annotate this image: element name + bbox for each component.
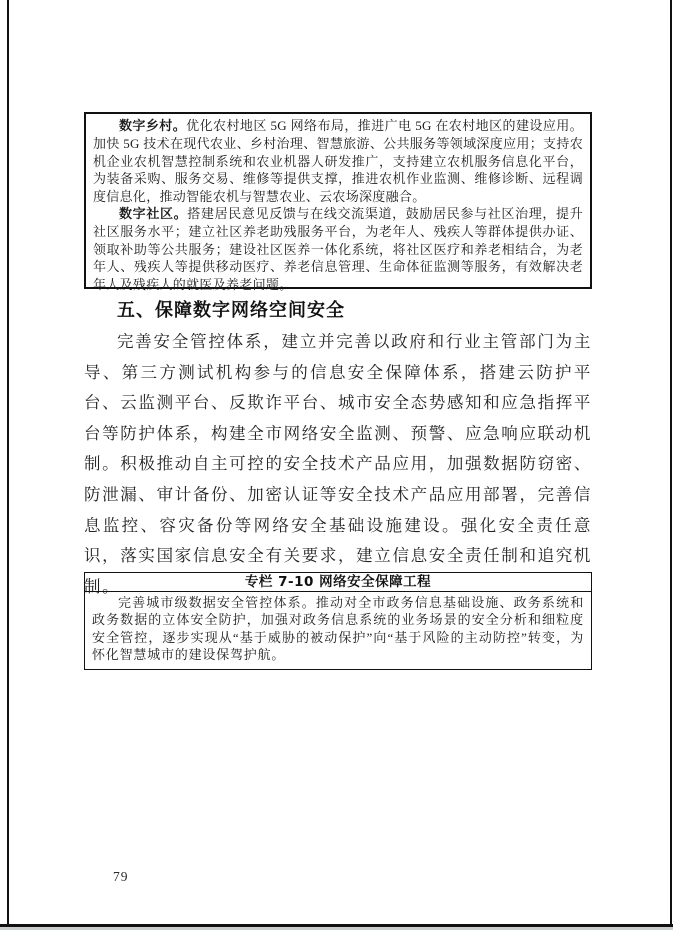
page-border-bottom-shadow — [0, 927, 673, 930]
page-number: 79 — [113, 869, 129, 885]
network-security-callout-box: 专栏 7-10 网络安全保障工程 完善城市级数据安全管控体系。推动对全市政务信息… — [84, 572, 592, 670]
callout-body: 完善城市级数据安全管控体系。推动对全市政务信息基础设施、政务系统和政务数据的立体… — [85, 592, 591, 669]
digital-village-label: 数字乡村。 — [119, 119, 186, 134]
digital-village-paragraph: 数字乡村。优化农村地区 5G 网络布局，推进广电 5G 在农村地区的建设应用。加… — [93, 117, 583, 205]
document-page: 数字乡村。优化农村地区 5G 网络布局，推进广电 5G 在农村地区的建设应用。加… — [0, 0, 673, 932]
page-border-right — [670, 0, 672, 926]
section-body-paragraph: 完善安全管控体系，建立并完善以政府和行业主管部门为主导、第三方测试机构参与的信息… — [84, 327, 592, 602]
digital-village-community-box: 数字乡村。优化农村地区 5G 网络布局，推进广电 5G 在农村地区的建设应用。加… — [84, 112, 592, 289]
section-heading: 五、保障数字网络空间安全 — [117, 296, 345, 322]
digital-community-paragraph: 数字社区。搭建居民意见反馈与在线交流渠道，鼓励居民参与社区治理，提升社区服务水平… — [93, 205, 583, 293]
page-border-left — [7, 0, 9, 926]
digital-community-label: 数字社区。 — [119, 207, 187, 222]
callout-title: 专栏 7-10 网络安全保障工程 — [85, 573, 591, 592]
